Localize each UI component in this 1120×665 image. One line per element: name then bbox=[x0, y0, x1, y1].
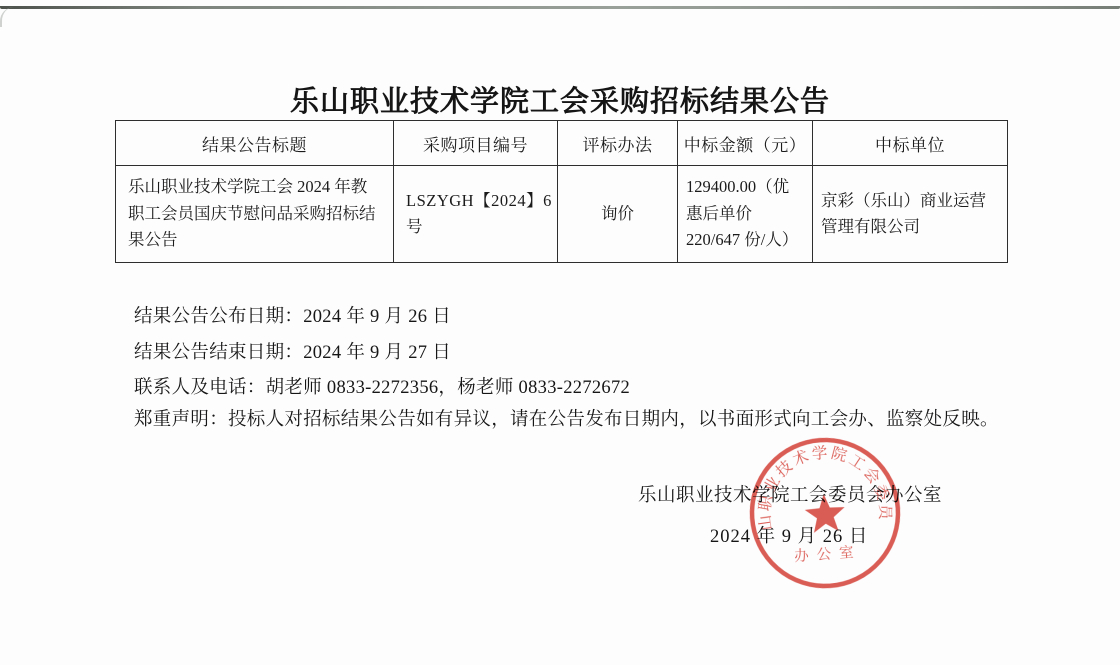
table-header-row: 结果公告标题 采购项目编号 评标办法 中标金额（元） 中标单位 bbox=[116, 121, 1008, 166]
cell-winning-bidder: 京彩（乐山）商业运营管理有限公司 bbox=[813, 166, 1008, 263]
cell-award-amount: 129400.00（优惠后单价 220/647 份/人） bbox=[678, 166, 813, 263]
table-row: 乐山职业技术学院工会 2024 年教职工会员国庆节慰问品采购招标结果公告 LSZ… bbox=[116, 166, 1008, 263]
statement-line: 郑重声明：投标人对招标结果公告如有异议，请在公告发布日期内，以书面形式向工会办、… bbox=[134, 405, 999, 431]
end-date-line: 结果公告结束日期：2024 年 9 月 27 日 bbox=[134, 338, 451, 364]
cell-project-number: LSZYGH【2024】6 号 bbox=[394, 166, 558, 263]
official-seal-stamp: 乐山职业技术学院工会委员会 办公室 bbox=[740, 428, 911, 599]
document-page: 乐山职业技术学院工会采购招标结果公告 结果公告标题 采购项目编号 评标办法 中标… bbox=[0, 0, 1120, 665]
col-header-result-title: 结果公告标题 bbox=[116, 121, 394, 166]
scan-corner-artifact bbox=[0, 7, 28, 27]
seal-star-icon bbox=[804, 493, 846, 534]
scan-edge-artifact bbox=[0, 6, 1120, 9]
seal-bottom-text: 办公室 bbox=[794, 544, 863, 566]
col-header-evaluation-method: 评标办法 bbox=[558, 121, 678, 166]
col-header-winning-bidder: 中标单位 bbox=[813, 121, 1008, 166]
col-header-project-number: 采购项目编号 bbox=[394, 121, 558, 166]
col-header-award-amount: 中标金额（元） bbox=[678, 121, 813, 166]
publish-date-line: 结果公告公布日期：2024 年 9 月 26 日 bbox=[134, 302, 451, 328]
page-title: 乐山职业技术学院工会采购招标结果公告 bbox=[0, 79, 1120, 120]
result-table: 结果公告标题 采购项目编号 评标办法 中标金额（元） 中标单位 乐山职业技术学院… bbox=[115, 120, 1008, 263]
cell-result-title: 乐山职业技术学院工会 2024 年教职工会员国庆节慰问品采购招标结果公告 bbox=[116, 166, 394, 263]
cell-evaluation-method: 询价 bbox=[558, 166, 678, 263]
contact-line: 联系人及电话：胡老师 0833-2272356，杨老师 0833-2272672 bbox=[134, 373, 630, 399]
